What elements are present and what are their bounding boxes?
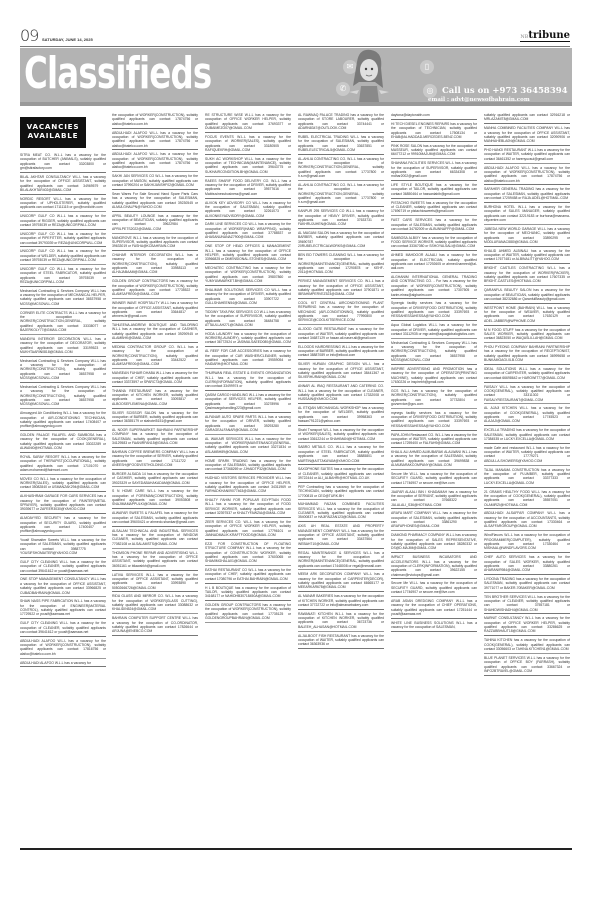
- classified-ad: GOLDEN GROUP CONTRACTORS has a vacancy f…: [112, 278, 198, 299]
- classified-ad: ABDULHADI ALAFOO W.L.L has a vacancy for…: [20, 638, 106, 659]
- classified-ad: HODA LAUNDRY has a vacancy for the occup…: [205, 331, 291, 348]
- classified-ad: ALJALBOOT FISH RESTAURANT has a vacancy …: [298, 633, 384, 650]
- classified-ad: FAST CARS SERVICES has a vacancy for the…: [391, 217, 477, 234]
- classified-ad: SHALIMAR SOLUTIONS SERVICES CO W.L.L has…: [205, 287, 291, 308]
- classified-ad: QARANFUL BEAUTY SALON has a vacancy for …: [484, 287, 570, 304]
- woman-illustration-icon: [345, 48, 389, 102]
- classified-ad: THANNA RESTAURANT has a vacancy for the …: [112, 388, 198, 409]
- classified-ad: SILVER SCISSOR SALON has a vacancy for t…: [112, 410, 198, 427]
- classified-ad: MUHAMMAD FAIZAN COMBINED FACILITIES SERV…: [298, 501, 384, 522]
- classified-ad: AL ETIQAN MECHANICAL WORKSHOP has a vaca…: [298, 405, 384, 426]
- classified-ad: PAPA JOHN Restaurant CO. W.L.L has a vac…: [391, 432, 477, 449]
- classified-ad: BLUE PLANET SERVICES W.L.L has a vacancy…: [484, 655, 570, 676]
- classified-ad: ZEER SERVICES CO. W.L.L has a vacancy fo…: [205, 519, 291, 540]
- classified-ad: RAWANATI KITCHEN W.L.L has a vacancy for…: [298, 611, 384, 632]
- classified-ad: Aqua Global Logistics W.L.L has a vacanc…: [391, 322, 477, 339]
- classified-ad: Mechanical Contracting & Services Compan…: [20, 384, 106, 409]
- classified-ad: PERVEZ MANAGEMENT SERVICES CO. W.L.L has…: [298, 278, 384, 299]
- classified-ad: ONE STOP MANAGEMENT CONSULTANCY W.L.L ha…: [20, 576, 106, 597]
- classified-ad: LIFE STYLE BOUTIQUE has a vacancy for th…: [391, 182, 477, 199]
- classified-ad: 21 GRAMS HEALTHY FOOD W.L.L has a vacanc…: [484, 489, 570, 510]
- classified-ad: KANPUR 295 SERVICES CO W.L.L has a vacan…: [298, 208, 384, 229]
- classified-ad: IMPACT BUSINESS INCUBATORS AND ACCELERAT…: [391, 554, 477, 579]
- classified-ad: EZZI FOR CONSTRUCTION OF FLOATING STRUCT…: [205, 541, 291, 566]
- classified-ad: PEP Contracting has a vacancy for the oc…: [298, 484, 384, 501]
- classified-ad: Mechanical Contracting & Services Compan…: [391, 340, 477, 365]
- page-title: Classifieds: [24, 48, 211, 100]
- classified-ad: JUBEDA NEW WORLD GARAGE W.L.L has a vaca…: [484, 226, 570, 247]
- classified-ad: ABDULHADI ALAFOO W.L.L has a vacancy for…: [112, 130, 198, 151]
- classified-ad: Sean Wares For Sale Second Hand Spare Pa…: [112, 191, 198, 212]
- vacancies-heading: VACANCIES AVAILABLE: [20, 117, 86, 148]
- classified-ad: ABDULHADI ALAFOO W.L.L has a vacancy for…: [112, 151, 198, 172]
- classified-ad: WHITE LINE BUSINESS SOLUTIONS W.L.L has …: [391, 620, 477, 632]
- brand-logo: NBtribune: [520, 30, 570, 42]
- classified-ad: Almoayyed Air Conditioning W.L.L has a v…: [20, 410, 106, 431]
- classified-ad: MECHATEC CONTRACTING has a vacancy for t…: [205, 265, 291, 286]
- classified-ad: the occupation of WORKER(CONSTRUCTION), …: [112, 112, 198, 129]
- classified-ad: AL RAWNAQ PALACE TRADING has a vacancy f…: [298, 112, 384, 133]
- classified-ad: AL MANAR BAKERIES has a vacancy for the …: [298, 593, 384, 610]
- classified-ad: KHALTY FAHIM FOR POPULAR EGYPTIAN FOOD W…: [205, 497, 291, 518]
- classified-ad: HUDHUD VISITORS SERVICES PROVIDER W.L.L …: [205, 475, 291, 496]
- classified-ad: JAAFAR ALAALI BIN I KHADAMAH has a vacan…: [391, 489, 477, 510]
- classified-ad: AL-AHLIA CONTRACTING CO. W.L.L has a vac…: [298, 182, 384, 207]
- classified-ad: AXIS AH REAL ESTATE AND PROPERTY MANAGEM…: [298, 523, 384, 548]
- classified-ad: RAEES SHARIF FOOD DELIVERY CO. W.L.L has…: [205, 178, 291, 199]
- classified-ad: ONE STOP OF HEAD OFFICES & MANAGEMENT W.…: [205, 243, 291, 264]
- classified-ad: SAMBOSA ALBIXY has a vacancy for the occ…: [391, 235, 477, 252]
- classified-ad: MANDIYA INTERIOR DECORATION W.L.L has a …: [20, 336, 106, 357]
- classified-ad: SHAHANA FACILITIES SERVICES W.L.L has a …: [391, 160, 477, 181]
- classified-ad: S N HOME CARE W.L.L has a vacancy for th…: [112, 488, 198, 509]
- classified-ad: ALSALAM TECHNICAL AND INDUSTRIAL SERVICE…: [112, 528, 198, 549]
- classified-ad: SUKH AC WORKSHOP W.L.L has a vacancy for…: [205, 156, 291, 177]
- classified-ad: made Cafe and restaurant W.L.L has a vac…: [484, 445, 570, 466]
- bottom-rule: [20, 848, 572, 850]
- heading-line-2: AVAILABLE: [20, 131, 86, 140]
- classified-ad: MEEM ARK DECORATION COMPANY W.L.L has a …: [298, 571, 384, 592]
- classified-ad: CHAHAR INTERIOR DECORATION W.L.L has a v…: [112, 252, 198, 277]
- classified-ad: ALFANAR AUTO SPARE PARTS W.L.L has a vac…: [205, 414, 291, 435]
- mobile-icon: ▯: [420, 60, 434, 74]
- classified-ad: SAFAHER GENERAL TRADING has a vacancy fo…: [484, 186, 570, 203]
- classified-ad: THOMSON PHONE REPAIR AND ADVERTISING W.L…: [112, 550, 198, 571]
- classified-ad: AL-AHLIA CONTRACTING CO. W.L.L has a vac…: [298, 156, 384, 181]
- brand-name: tribune: [528, 30, 570, 41]
- classified-ad: UNICORP GULF CO W.L.L has a vacancy for …: [20, 266, 106, 287]
- classified-ad: Synergic facility services has a vacancy…: [391, 300, 477, 321]
- classified-ad: NORDIC RESORT W.L.L has a vacancy for th…: [20, 196, 106, 213]
- classified-ad: KHALID AHMED ALBINALI has a vacancy for …: [484, 248, 570, 265]
- classified-ad: BURHONA HOTEL W.L.L has a vacancy for th…: [484, 204, 570, 225]
- classified-ad: Yousif Shamaiter Sweets W.L.L has a vaca…: [20, 537, 106, 558]
- classified-ad: GOLDEN PALACE FALAFEL AND SAMBOSA has a …: [20, 432, 106, 453]
- classified-ad: BAHRAIN COFFEE BREWERS COMPANY W.L.L has…: [112, 449, 198, 470]
- classified-ad: UNICORP GULF CO W.L.L has a vacancy for …: [20, 248, 106, 265]
- classified-ad: Shahi Transport W.L.L has a vacancy for …: [298, 427, 384, 444]
- classified-ad: UNICORP GULF CO W.L.L has a vacancy for …: [20, 231, 106, 248]
- classified-ad: ALGHANIM INTERNATIONAL GENERAL TRADING A…: [391, 274, 477, 299]
- classified-ad: GULF CITY CLEANING W.L.L has a vacancy f…: [20, 620, 106, 637]
- classified-ad: suitably qualified applicants can contac…: [484, 112, 570, 124]
- classified-ad: EXCELLA TRADING has a vacancy for the oc…: [484, 427, 570, 444]
- classified-ad: FAISALY W.L.L has a vacancy for the occu…: [484, 384, 570, 405]
- classified-ad: TAJAL MANAMA CONSTRUCTION has a vacancy …: [484, 467, 570, 488]
- classified-ad: Secure Me W.L.L has a vacancy for the oc…: [391, 471, 477, 488]
- heading-line-1: VACANCIES: [20, 122, 86, 131]
- classified-ad: RE STRUCTURE WISE W.L.L has a vacancy fo…: [205, 112, 291, 133]
- classified-ad: DARK LINE SERVICES CO W.L.L has a vacanc…: [205, 221, 291, 242]
- classified-ad: daytona@daytonabh.com: [391, 112, 477, 120]
- classified-ad: ALVION KEY ADVISORY CO W.L.L has a vacan…: [205, 200, 291, 221]
- classified-ad: THURWAN REAL ESTATE & EVENTS ORGANIZATIO…: [205, 370, 291, 391]
- column-3: RE STRUCTURE WISE W.L.L has a vacancy fo…: [205, 112, 291, 624]
- classified-ad: AL AJAJI KITCHEN W.L.L has a vacancy for…: [484, 405, 570, 426]
- classified-ad: GULF CITY CLEANING W.L.L has a vacancy f…: [20, 559, 106, 576]
- masthead: 09 SATURDAY, JUNE 14, 2025 NBtribune: [20, 28, 570, 47]
- classified-ad: SILVER HURAIN GRAPHIC DESIGN W.L.L has a…: [298, 361, 384, 382]
- classified-ad: TEN BROTHER SERVICES W.L.L has a vacancy…: [484, 594, 570, 615]
- classified-ad: BAHRAIN COMPUTER SUPPORT CENTRE W.L.L ha…: [112, 615, 198, 636]
- classified-ad: H L B BOUTIQUE has a vacancy for the occ…: [205, 585, 291, 602]
- classified-ad: TAHINA KITCHEN has a vacancy for the occ…: [484, 637, 570, 654]
- classified-ad: MANSEAN FUHAIR DHABA W.L.L has a vacancy…: [112, 370, 198, 387]
- classified-ad: AL REEF FOR CAR ACCESSORIES has a vacanc…: [205, 348, 291, 369]
- classified-ad: KHALIL ALI AHMED ALMUBARAK ALALWANI W.L.…: [391, 449, 477, 470]
- classified-ad: IDEAL SOLUTIONS W.L.L has a vacancy for …: [484, 366, 570, 383]
- classified-ad: BRIGHT CASTLES CONTRACTING W.L.L has a v…: [484, 265, 570, 286]
- classified-ad: QASIM CARGO HANDLING W.L.L has a vacancy…: [205, 392, 291, 413]
- page-number: 09: [20, 28, 38, 44]
- classified-ad: APRIL BEAUTY LOUNGE has a vacancy for th…: [112, 213, 198, 234]
- classified-ad: ABDULHADI ALAFOO W.L.L has a vacancy for: [20, 660, 106, 668]
- classified-ad: AL WAKAIR SERVICES W.L.L has a vacancy f…: [205, 436, 291, 457]
- classified-ad: INSPIRE ADVERTISING AND PROMOTION has a …: [391, 366, 477, 387]
- classified-ad: ROYAL SARAY RESORT W.L.L has a vacancy f…: [20, 454, 106, 475]
- classified-ad: PHOU PYEONG COMPANY BAHRAINI PARTNERSHIP…: [484, 344, 570, 365]
- classified-ad: DIAMOND PHARMACY COMPANY W.L.L has a vac…: [391, 532, 477, 553]
- classified-ad: TIDDINY TAYA PAK SERVICES CO W.L.L has a…: [205, 309, 291, 330]
- classified-ad: GCS W.L.L has a vacancy for the occupati…: [391, 388, 477, 409]
- classified-ad: HOME SPARK TRADING has a vacancy for the…: [205, 458, 291, 475]
- classified-ad: CHEF AUTO SERVICES has a vacancy for the…: [484, 554, 570, 575]
- classifieds-banner: Classifieds ✉ ✆ ▯ ◎ Call us on +973 3645…: [20, 48, 572, 102]
- classified-ad: RUBEL ELECTRICAL TRADING W.L.L has a vac…: [298, 134, 384, 155]
- classified-ad: RIDA GLASS AND MIRROR CO. W.L.L has a va…: [112, 593, 198, 614]
- classified-ad: mynegs facility services has a vacancy f…: [391, 410, 477, 431]
- banner-divider: [20, 102, 572, 106]
- classified-ad: UNICORP GULF CO W.L.L has a vacancy for …: [20, 213, 106, 230]
- column-5: daytona@daytonabh.comHI TECH DIESEL ENGI…: [391, 112, 477, 633]
- classified-ad: LATIVA SERVICES W.L.L has a vacancy for …: [112, 572, 198, 593]
- classified-ad: CORNER ELITE CONTRACTS W.L.L has a vacan…: [20, 310, 106, 335]
- classified-ad: BEN EID TOWERS CLEANING W.L.L has a vaca…: [298, 252, 384, 277]
- call-us-text: Call us on +973 36458394: [442, 86, 568, 96]
- classified-ad: MOVEX CO W.L.L has a vacancy for the occ…: [20, 476, 106, 493]
- classified-ad: LIYDONA TRADING has a vacancy for the oc…: [484, 576, 570, 593]
- classified-ad: ALKHASHRAM GARAGE FOR CARS SERVICES has …: [20, 493, 106, 514]
- classified-ad: HI TECH DIESEL ENGINES REPAIRS has a vac…: [391, 121, 477, 142]
- classified-ad: SITRA MEAT CO. W.L.L has a vacancy for t…: [20, 152, 106, 173]
- classified-ad: WindFlavors W.L.L has a vacancy for the …: [484, 532, 570, 553]
- classified-ad: REGAL MAINTENANCE & SERVICES W.L.L has a…: [298, 550, 384, 571]
- classified-ad: Mechanical Contracting & Services Compan…: [20, 358, 106, 383]
- classified-ad: ABDULHADI ALSAFFAR COMPANY W.L.L has a v…: [484, 510, 570, 531]
- classified-ad: ALWAFAR SWEETS & FALAFEL has a vacancy f…: [112, 510, 198, 527]
- classified-ad: MANHA COMBINED FACILITIES COMPANY W.L.L …: [484, 125, 570, 146]
- classified-ad: ANNAR AL IRAQ RESTAURANT AND CATERING CO…: [298, 383, 384, 404]
- classified-ad: Secure Me W.L.L has a vacancy for the oc…: [391, 580, 477, 597]
- classified-ad: AL NOOR SUPERMARKET BAHRAINI PARTNERSHIP…: [112, 427, 198, 448]
- classified-ad: FOCUS EVENTS W.L.L has a vacancy for the…: [205, 134, 291, 155]
- classified-ad: ABDULHADI ALAFOO W.L.L has a vacancy for…: [484, 165, 570, 186]
- column-1: SITRA MEAT CO. W.L.L has a vacancy for t…: [20, 152, 106, 668]
- classified-ad: SHAW NASS PIPE FABRICATION W.L.L has a v…: [20, 598, 106, 619]
- classified-ad: SABRO METALS CO. W.L.L has a vacancy for…: [298, 444, 384, 465]
- classified-ad: M N FOOD STUFF has a vacancy for the occ…: [484, 327, 570, 344]
- column-2: the occupation of WORKER(CONSTRUCTION), …: [112, 112, 198, 637]
- classified-ad: PISTACHIO SWEETS has a vacancy for the o…: [391, 200, 477, 217]
- classified-ad: PHO HANOI RESTAURANT W.L.L has a vacancy…: [484, 147, 570, 164]
- classified-ad: MANGROVE W.L.L has a vacancy for the occ…: [112, 235, 198, 252]
- classified-ad: SAXOPHONE SUITES has a vacancy for the o…: [298, 466, 384, 483]
- classified-ad: EATHAI RESTAURANT CO W.L.L has a vacancy…: [205, 567, 291, 584]
- classified-ad: WESTPOINT HOME (BAHRAIN) W.L.L has a vac…: [484, 305, 570, 326]
- classified-ad: ALMOAYYED SECURITY has a vacancy for the…: [20, 515, 106, 536]
- classified-ad: SAKHI JAN SERVICES CO W.L.L has a vacanc…: [112, 173, 198, 190]
- classified-ad: BILAL AKHTAR CONSULTANCY W.L.L has a vac…: [20, 174, 106, 195]
- classified-ad: TAHLEENA-ANDREW BOUTIQUE AND TAILORING W…: [112, 322, 198, 343]
- classified-ad: PINK ROSE SALON has a vacancy for the oc…: [391, 143, 477, 160]
- page-date: SATURDAY, JUNE 14, 2025: [42, 37, 93, 42]
- classified-ad: MEDINA CONTRACTOR GROUP CO. W.L.L has a …: [112, 344, 198, 369]
- classified-ad: ELLOODS HAIRDRESSING W.L.L has a vacancy…: [298, 344, 384, 361]
- classified-ad: COOL KIT CENTRAL AIRCONDITIONING PLANT R…: [298, 300, 384, 325]
- classified-ad: ALJOOD GATE RESTAURANT has a vacancy for…: [298, 326, 384, 343]
- globe-icon: ◎: [423, 84, 437, 98]
- classified-ad: ARAB ASIAN DREDGING COMPANY W.L.L has a …: [391, 598, 477, 619]
- column-4: AL RAWNAQ PALACE TRADING has a vacancy f…: [298, 112, 384, 650]
- classified-ad: WINNER WAVE HOSPITALITY W.L.L has a vaca…: [112, 300, 198, 321]
- classified-ad: MARNIT CONSULTANCY W.L.L has a vacancy f…: [484, 615, 570, 636]
- classified-ad: AL MAGANI SALON has a vacancy for the oc…: [298, 230, 384, 251]
- classified-ad: AHMED MAHDOOR ALAALI has a vacancy for t…: [391, 252, 477, 273]
- classified-ad: GOLDEN GROUP CONTRACTORS has a vacancy f…: [205, 602, 291, 623]
- column-6: suitably qualified applicants can contac…: [484, 112, 570, 677]
- classified-ad: Mechanical Contracting & Services Compan…: [20, 288, 106, 309]
- classified-ad: BURGER ALSADA 14 has a vacancy for the o…: [112, 471, 198, 488]
- classified-ad: ARAFA MART COMPANY W.L.L has a vacancy f…: [391, 510, 477, 531]
